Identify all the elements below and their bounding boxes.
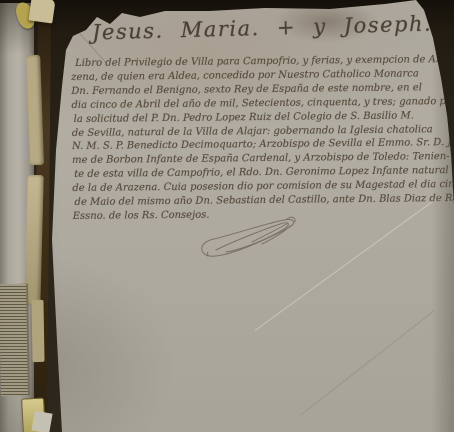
torn-corner-flap xyxy=(31,411,52,432)
torn-corner-flap xyxy=(28,0,55,24)
printed-text-fragment xyxy=(0,284,30,396)
manuscript-body: Libro del Privilegio de Villa para Campo… xyxy=(71,53,453,224)
manuscript-photo: Jesus. Maria. + y Joseph. Libro del Priv… xyxy=(0,0,454,432)
manuscript-page: Jesus. Maria. + y Joseph. Libro del Priv… xyxy=(0,0,454,432)
pen-flourish-icon xyxy=(192,214,304,268)
torn-binding-paper xyxy=(31,300,44,362)
